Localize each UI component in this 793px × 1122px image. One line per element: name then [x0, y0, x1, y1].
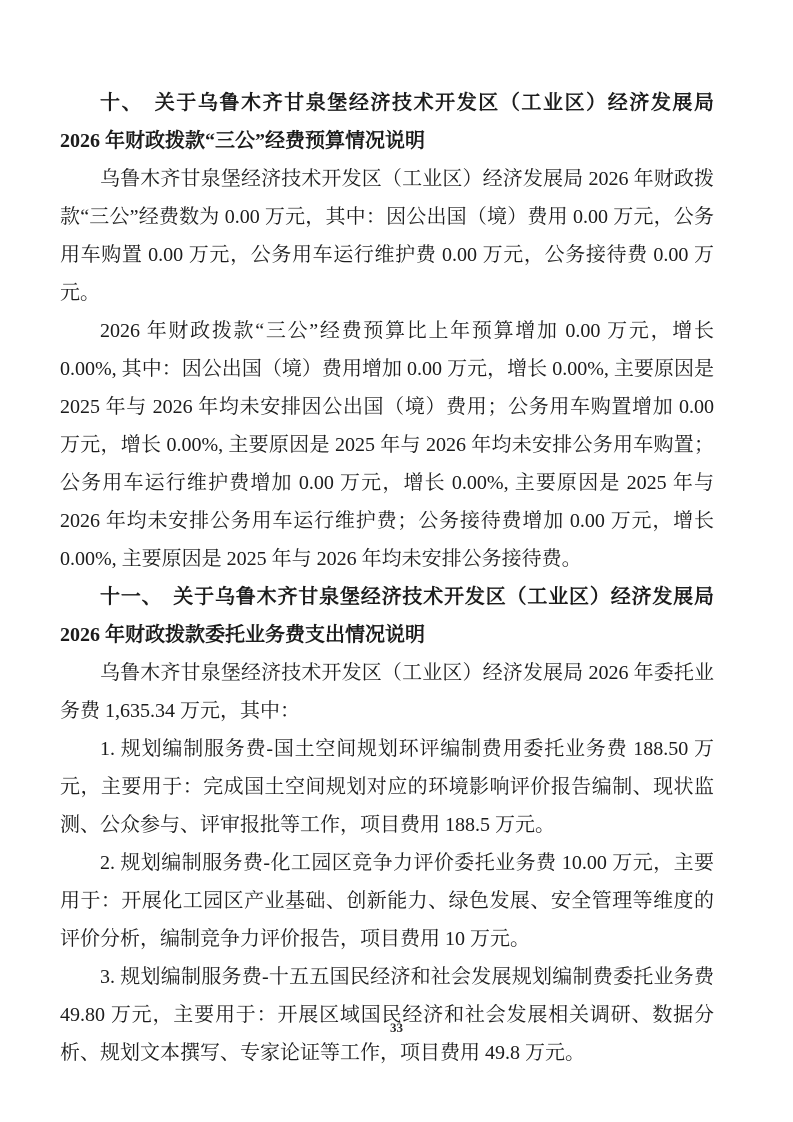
- paragraph-sangong-comparison: 2026 年财政拨款“三公”经费预算比上年预算增加 0.00 万元，增长 0.0…: [60, 312, 714, 578]
- section-heading-10: 十、 关于乌鲁木齐甘泉堡经济技术开发区（工业区）经济发展局 2026 年财政拨款…: [60, 84, 714, 160]
- page-number: 33: [0, 1020, 793, 1036]
- paragraph-sangong-summary: 乌鲁木齐甘泉堡经济技术开发区（工业区）经济发展局 2026 年财政拨款“三公”经…: [60, 160, 714, 312]
- paragraph-entrusted-total: 乌鲁木齐甘泉堡经济技术开发区（工业区）经济发展局 2026 年委托业务费 1,6…: [60, 654, 714, 730]
- paragraph-item-2: 2. 规划编制服务费-化工园区竞争力评价委托业务费 10.00 万元，主要用于：…: [60, 844, 714, 958]
- paragraph-item-3: 3. 规划编制服务费-十五五国民经济和社会发展规划编制费委托业务费 49.80 …: [60, 958, 714, 1072]
- document-page: 十、 关于乌鲁木齐甘泉堡经济技术开发区（工业区）经济发展局 2026 年财政拨款…: [0, 0, 793, 1122]
- paragraph-item-1: 1. 规划编制服务费-国土空间规划环评编制费用委托业务费 188.50 万元，主…: [60, 730, 714, 844]
- section-heading-11: 十一、 关于乌鲁木齐甘泉堡经济技术开发区（工业区）经济发展局 2026 年财政拨…: [60, 578, 714, 654]
